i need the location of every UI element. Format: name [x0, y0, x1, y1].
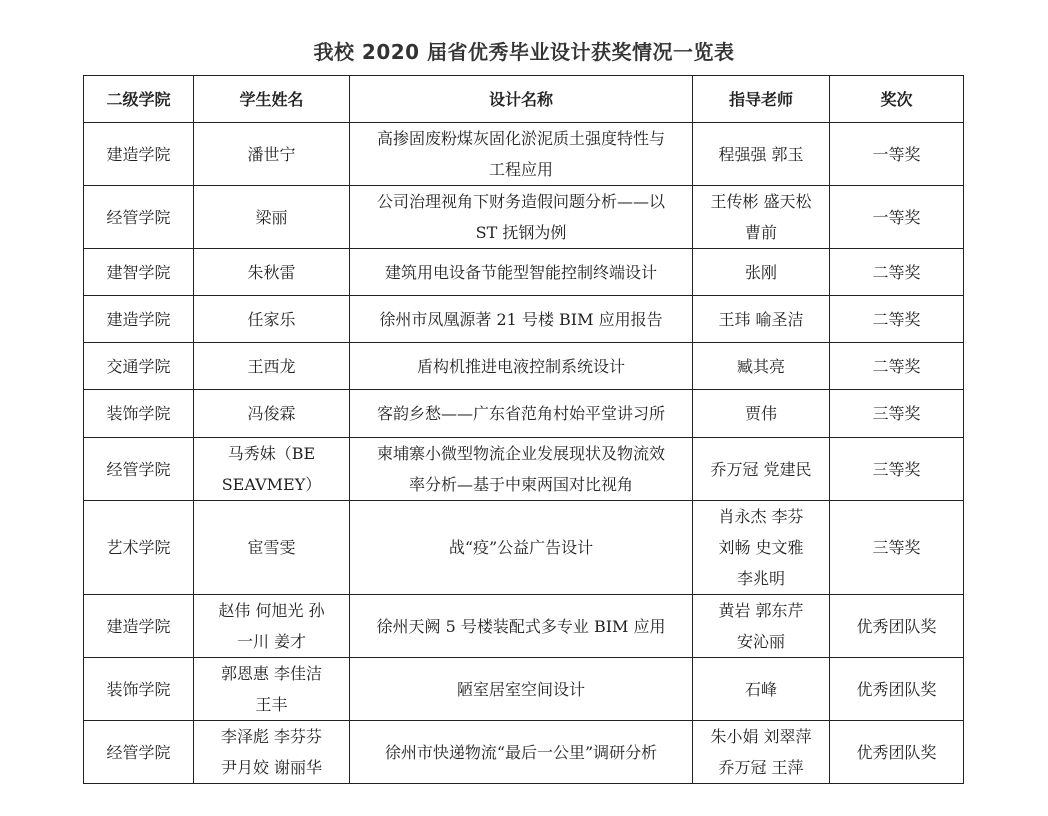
cell-college: 经管学院 [84, 438, 194, 501]
table-header-row: 二级学院 学生姓名 设计名称 指导老师 奖次 [84, 76, 964, 123]
header-advisors: 指导老师 [693, 76, 830, 123]
table-row: 建造学院任家乐徐州市凤凰源著 21 号楼 BIM 应用报告王玮 喻圣洁二等奖 [84, 296, 964, 343]
cell-advisors-line: 安沁丽 [699, 626, 823, 657]
cell-design-line: 公司治理视角下财务造假问题分析——以 [356, 186, 686, 217]
cell-award: 二等奖 [830, 343, 964, 390]
table-row: 经管学院李泽彪 李芬芬尹月姣 谢丽华徐州市快递物流“最后一公里”调研分析朱小娟 … [84, 721, 964, 784]
cell-students: 马秀妹（BESEAVMEY） [194, 438, 350, 501]
cell-advisors: 程强强 郭玉 [693, 123, 830, 186]
cell-college: 交通学院 [84, 343, 194, 390]
cell-students-line: 郭恩惠 李佳洁 [200, 658, 343, 689]
cell-students-line: 任家乐 [200, 304, 343, 335]
cell-students: 梁丽 [194, 186, 350, 249]
cell-students-line: 梁丽 [200, 202, 343, 233]
cell-design: 战“疫”公益广告设计 [350, 501, 693, 595]
table-row: 装饰学院冯俊霖客韵乡愁——广东省范角村始平堂讲习所贾伟三等奖 [84, 390, 964, 438]
cell-students-line: 李泽彪 李芬芬 [200, 721, 343, 752]
cell-design: 徐州市快递物流“最后一公里”调研分析 [350, 721, 693, 784]
cell-design: 公司治理视角下财务造假问题分析——以ST 抚钢为例 [350, 186, 693, 249]
cell-students: 郭恩惠 李佳洁王丰 [194, 658, 350, 721]
cell-advisors-line: 刘畅 史文雅 [699, 532, 823, 563]
cell-students-line: 赵伟 何旭光 孙 [200, 595, 343, 626]
cell-award: 三等奖 [830, 438, 964, 501]
cell-award: 优秀团队奖 [830, 721, 964, 784]
cell-award: 优秀团队奖 [830, 658, 964, 721]
table-row: 建智学院朱秋雷建筑用电设备节能型智能控制终端设计张刚二等奖 [84, 249, 964, 296]
cell-college: 建智学院 [84, 249, 194, 296]
cell-award: 三等奖 [830, 390, 964, 438]
cell-award: 一等奖 [830, 186, 964, 249]
cell-design-line: ST 抚钢为例 [356, 217, 686, 248]
cell-award: 优秀团队奖 [830, 595, 964, 658]
cell-advisors-line: 王玮 喻圣洁 [699, 304, 823, 335]
cell-advisors: 臧其亮 [693, 343, 830, 390]
cell-college: 装饰学院 [84, 658, 194, 721]
cell-award: 二等奖 [830, 296, 964, 343]
cell-design: 盾构机推进电液控制系统设计 [350, 343, 693, 390]
table-row: 建造学院潘世宁高掺固废粉煤灰固化淤泥质土强度特性与工程应用程强强 郭玉一等奖 [84, 123, 964, 186]
cell-design: 客韵乡愁——广东省范角村始平堂讲习所 [350, 390, 693, 438]
document-title: 我校 2020 届省优秀毕业设计获奖情况一览表 [0, 36, 1048, 65]
cell-advisors-line: 程强强 郭玉 [699, 139, 823, 170]
cell-advisors: 王玮 喻圣洁 [693, 296, 830, 343]
cell-advisors-line: 李兆明 [699, 563, 823, 594]
cell-award: 一等奖 [830, 123, 964, 186]
cell-design: 陋室居室空间设计 [350, 658, 693, 721]
table-row: 经管学院马秀妹（BESEAVMEY）柬埔寨小微型物流企业发展现状及物流效率分析—… [84, 438, 964, 501]
cell-students-line: 王西龙 [200, 351, 343, 382]
cell-college: 艺术学院 [84, 501, 194, 595]
cell-students-line: 马秀妹（BE [200, 438, 343, 469]
cell-advisors: 黄岩 郭东芹安沁丽 [693, 595, 830, 658]
header-college: 二级学院 [84, 76, 194, 123]
cell-advisors-line: 张刚 [699, 257, 823, 288]
table-row: 装饰学院郭恩惠 李佳洁王丰陋室居室空间设计石峰优秀团队奖 [84, 658, 964, 721]
cell-students: 宦雪雯 [194, 501, 350, 595]
cell-advisors-line: 贾伟 [699, 398, 823, 429]
cell-advisors: 石峰 [693, 658, 830, 721]
header-award: 奖次 [830, 76, 964, 123]
table-row: 建造学院赵伟 何旭光 孙一川 姜才徐州天阙 5 号楼装配式多专业 BIM 应用黄… [84, 595, 964, 658]
cell-design: 建筑用电设备节能型智能控制终端设计 [350, 249, 693, 296]
cell-design-line: 柬埔寨小微型物流企业发展现状及物流效 [356, 438, 686, 469]
cell-college: 建造学院 [84, 123, 194, 186]
cell-design-line: 徐州市凤凰源著 21 号楼 BIM 应用报告 [356, 304, 686, 335]
cell-students: 王西龙 [194, 343, 350, 390]
table-row: 经管学院梁丽公司治理视角下财务造假问题分析——以ST 抚钢为例王传彬 盛天松曹前… [84, 186, 964, 249]
cell-students-line: 一川 姜才 [200, 626, 343, 657]
header-design: 设计名称 [350, 76, 693, 123]
cell-students: 冯俊霖 [194, 390, 350, 438]
cell-college: 建造学院 [84, 595, 194, 658]
cell-students-line: 潘世宁 [200, 139, 343, 170]
cell-design-line: 徐州市快递物流“最后一公里”调研分析 [356, 737, 686, 768]
cell-advisors-line: 石峰 [699, 674, 823, 705]
cell-advisors-line: 臧其亮 [699, 351, 823, 382]
cell-college: 经管学院 [84, 721, 194, 784]
cell-advisors-line: 乔万冠 王萍 [699, 752, 823, 783]
table-row: 艺术学院宦雪雯战“疫”公益广告设计肖永杰 李芬刘畅 史文雅李兆明三等奖 [84, 501, 964, 595]
cell-advisors: 张刚 [693, 249, 830, 296]
cell-advisors: 朱小娟 刘翠萍乔万冠 王萍 [693, 721, 830, 784]
cell-advisors-line: 王传彬 盛天松 [699, 186, 823, 217]
cell-advisors-line: 曹前 [699, 217, 823, 248]
cell-design-line: 建筑用电设备节能型智能控制终端设计 [356, 257, 686, 288]
cell-advisors: 贾伟 [693, 390, 830, 438]
cell-design: 徐州市凤凰源著 21 号楼 BIM 应用报告 [350, 296, 693, 343]
cell-design-line: 率分析—基于中柬两国对比视角 [356, 469, 686, 500]
cell-design: 高掺固废粉煤灰固化淤泥质土强度特性与工程应用 [350, 123, 693, 186]
cell-students: 赵伟 何旭光 孙一川 姜才 [194, 595, 350, 658]
table-body: 建造学院潘世宁高掺固废粉煤灰固化淤泥质土强度特性与工程应用程强强 郭玉一等奖经管… [84, 123, 964, 784]
header-students: 学生姓名 [194, 76, 350, 123]
cell-advisors-line: 朱小娟 刘翠萍 [699, 721, 823, 752]
cell-students: 潘世宁 [194, 123, 350, 186]
cell-students-line: 宦雪雯 [200, 532, 343, 563]
cell-college: 经管学院 [84, 186, 194, 249]
cell-advisors-line: 乔万冠 党建民 [699, 454, 823, 485]
cell-advisors: 王传彬 盛天松曹前 [693, 186, 830, 249]
cell-college: 装饰学院 [84, 390, 194, 438]
table-row: 交通学院王西龙盾构机推进电液控制系统设计臧其亮二等奖 [84, 343, 964, 390]
cell-design-line: 工程应用 [356, 154, 686, 185]
cell-design-line: 战“疫”公益广告设计 [356, 532, 686, 563]
cell-advisors: 乔万冠 党建民 [693, 438, 830, 501]
cell-design-line: 高掺固废粉煤灰固化淤泥质土强度特性与 [356, 123, 686, 154]
cell-design-line: 陋室居室空间设计 [356, 674, 686, 705]
cell-design-line: 徐州天阙 5 号楼装配式多专业 BIM 应用 [356, 611, 686, 642]
cell-students: 李泽彪 李芬芬尹月姣 谢丽华 [194, 721, 350, 784]
cell-students: 朱秋雷 [194, 249, 350, 296]
cell-students: 任家乐 [194, 296, 350, 343]
awards-table: 二级学院 学生姓名 设计名称 指导老师 奖次 建造学院潘世宁高掺固废粉煤灰固化淤… [83, 75, 964, 784]
cell-students-line: SEAVMEY） [200, 469, 343, 500]
cell-design-line: 客韵乡愁——广东省范角村始平堂讲习所 [356, 398, 686, 429]
cell-advisors-line: 肖永杰 李芬 [699, 501, 823, 532]
cell-students-line: 王丰 [200, 689, 343, 720]
cell-students-line: 朱秋雷 [200, 257, 343, 288]
cell-design: 徐州天阙 5 号楼装配式多专业 BIM 应用 [350, 595, 693, 658]
cell-students-line: 尹月姣 谢丽华 [200, 752, 343, 783]
cell-design: 柬埔寨小微型物流企业发展现状及物流效率分析—基于中柬两国对比视角 [350, 438, 693, 501]
cell-college: 建造学院 [84, 296, 194, 343]
cell-award: 三等奖 [830, 501, 964, 595]
cell-advisors-line: 黄岩 郭东芹 [699, 595, 823, 626]
cell-students-line: 冯俊霖 [200, 398, 343, 429]
cell-award: 二等奖 [830, 249, 964, 296]
cell-design-line: 盾构机推进电液控制系统设计 [356, 351, 686, 382]
cell-advisors: 肖永杰 李芬刘畅 史文雅李兆明 [693, 501, 830, 595]
